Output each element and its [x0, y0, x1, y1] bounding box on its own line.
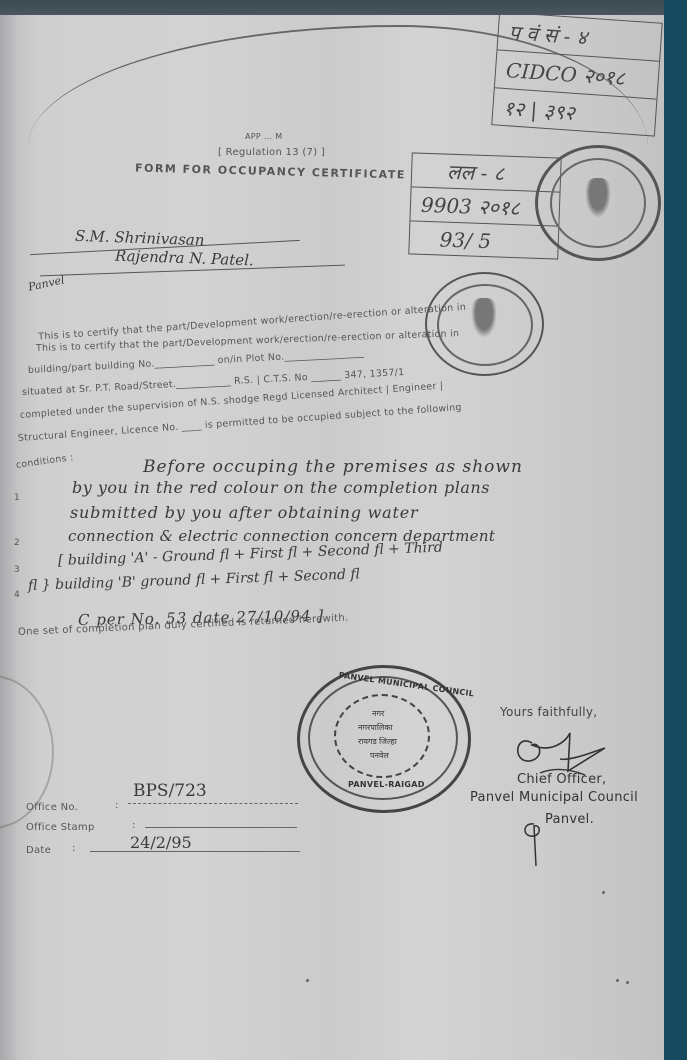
initial-mark [520, 820, 550, 870]
condition-number: 1 [14, 493, 20, 503]
document-title: FORM FOR OCCUPANCY CERTIFICATE [135, 161, 406, 181]
signatory-title: Chief Officer, [517, 772, 606, 787]
reference-mark: APP ... M [245, 132, 282, 141]
body-line: conditions : [15, 452, 74, 471]
municipal-council-seal: PANVEL MUNICIPAL COUNCIL PANVEL-RAIGAD न… [297, 665, 471, 813]
date-line [90, 851, 300, 852]
addressee-line-3: Panvel [27, 273, 66, 293]
condition-number: 4 [14, 590, 20, 600]
date-colon: : [72, 843, 76, 854]
photo-top-edge [0, 0, 664, 15]
office-number-colon: : [115, 800, 119, 811]
national-emblem-icon [469, 298, 499, 342]
condition-text: by you in the red colour on the completi… [72, 478, 490, 497]
seal-inner-line: नगरपालिका [358, 722, 393, 733]
condition-number: 2 [14, 538, 20, 548]
box-row: 93/ 5 [409, 221, 558, 259]
closing-text: Yours faithfully, [500, 705, 597, 719]
office-stamp-line [145, 827, 297, 828]
office-number-label: Office No. [26, 802, 78, 813]
document-page: प वं सं - ४ CIDCO २०१८ १२ | ३९२ APP ... … [0, 15, 664, 1060]
seal-inner-line: नगर [372, 708, 384, 719]
condition-text: submitted by you after obtaining water [70, 503, 418, 522]
condition-number: 3 [14, 565, 20, 575]
speckle [306, 979, 309, 982]
speckle [602, 891, 605, 894]
signatory-organization: Panvel Municipal Council [470, 790, 638, 805]
photo-background-edge [664, 0, 687, 1060]
speckle [626, 981, 629, 984]
signatory-place: Panvel. [545, 812, 594, 827]
seal-inner-line: पनवेल [370, 750, 389, 761]
addressee-line-2: Rajendra N. Patel. [115, 247, 254, 270]
office-stamp-label: Office Stamp [26, 822, 95, 833]
date-value: 24/2/95 [130, 833, 192, 852]
seal-inner-line: रायगड जिल्हा [358, 736, 397, 747]
office-stamp-colon: : [132, 820, 136, 831]
condition-text: Before occuping the premises as shown [143, 457, 523, 477]
registration-box-top: प वं सं - ४ CIDCO २०१८ १२ | ३९२ [491, 15, 663, 137]
office-number-line [128, 803, 298, 804]
condition-text: fl } building 'B' ground fl + First fl +… [28, 566, 360, 594]
national-emblem-icon [583, 178, 613, 222]
registrar-seal [425, 272, 544, 376]
office-number-value: BPS/723 [133, 781, 207, 801]
seal-text-bottom: PANVEL-RAIGAD [348, 780, 425, 789]
government-seal-top [535, 145, 661, 261]
speckle [616, 979, 619, 982]
date-label: Date [26, 845, 51, 856]
regulation-label: [ Regulation 13 (7) ] [218, 147, 325, 158]
